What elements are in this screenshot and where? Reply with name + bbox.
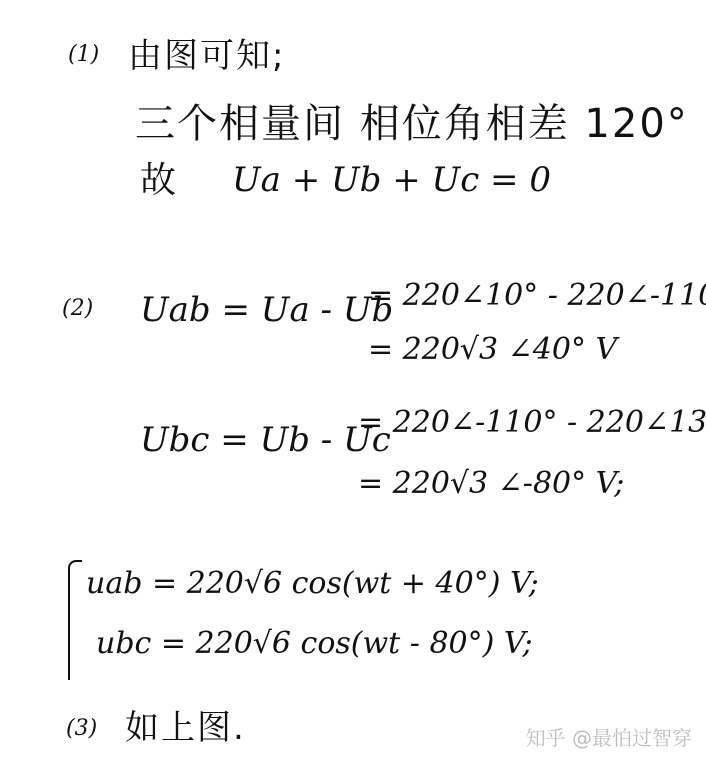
part3-label: (3) [66, 716, 97, 741]
ubc-lhs: Ubc = Ub - Uc [140, 420, 391, 460]
part1-label: (1) [68, 42, 99, 67]
part1-statement: 三个相量间 相位角相差 120° [135, 92, 689, 149]
part1-intro: 由图可知; [128, 28, 285, 77]
brace [68, 560, 82, 680]
watermark: 知乎 @最怕过智穿 [526, 722, 692, 751]
uab-time-domain: uab = 220√6 cos(wt + 40°) V; [86, 566, 539, 601]
uab-result: = 220√3 ∠40° V [368, 332, 617, 367]
part2-label: (2) [62, 296, 93, 321]
ubc-step1: = 220∠-110° - 220∠130° [358, 405, 706, 440]
part3-text: 如上图. [125, 700, 246, 749]
uab-step1: = 220∠10° - 220∠-110° [368, 278, 706, 313]
uab-lhs: Uab = Ua - Ub [140, 290, 393, 330]
part1-conclusion-prefix: 故 [140, 152, 178, 203]
ubc-time-domain: ubc = 220√6 cos(wt - 80°) V; [96, 626, 533, 661]
ubc-result: = 220√3 ∠-80° V; [358, 466, 624, 501]
part1-equation: Ua + Ub + Uc = 0 [232, 160, 551, 200]
